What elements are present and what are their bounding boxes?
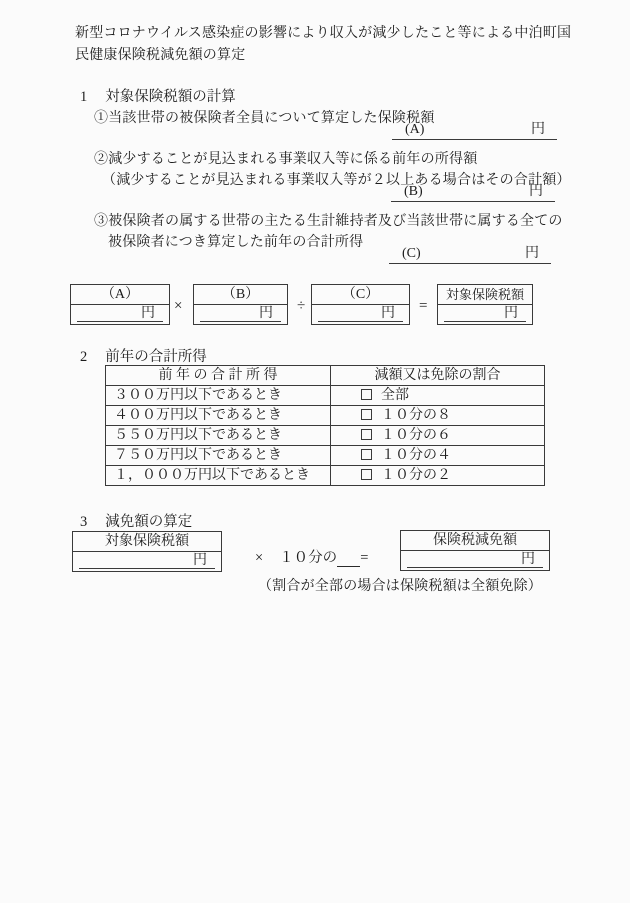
table-row: ５５０万円以下であるとき １０分の６ xyxy=(106,426,545,446)
section1-item3-line2: 被保険者につき算定した前年の合計所得 xyxy=(108,233,363,253)
checkbox-icon xyxy=(361,469,372,480)
divide-operator: ÷ xyxy=(297,298,305,314)
section1-item2: ②減少することが見込まれる事業収入等に係る前年の所得額 xyxy=(94,150,477,170)
equals-operator: = xyxy=(419,298,427,314)
table-header-row: 前 年 の 合 計 所 得 減額又は免除の割合 xyxy=(106,366,545,386)
section2-title: 前年の合計所得 xyxy=(105,348,207,366)
table-row: ７５０万円以下であるとき １０分の４ xyxy=(106,446,545,466)
section2-number: 2 xyxy=(80,348,87,366)
checkbox-icon xyxy=(361,429,372,440)
ratio-label: １０分の６ xyxy=(381,428,451,443)
formula-box-c-label: （C） xyxy=(312,285,409,305)
income-cell: ５５０万円以下であるとき xyxy=(106,426,331,446)
ratio-cell: １０分の４ xyxy=(331,446,545,466)
checkbox-icon xyxy=(361,389,372,400)
section3-title: 減免額の算定 xyxy=(105,513,192,531)
ratio-cell: １０分の８ xyxy=(331,406,545,426)
ratio-cell: １０分の２ xyxy=(331,466,545,486)
ratio-label: １０分の８ xyxy=(381,408,451,423)
income-cell: ４００万円以下であるとき xyxy=(106,406,331,426)
field-a-unit: 円 xyxy=(531,119,545,139)
section1-item1: ①当該世帯の被保険者全員について算定した保険税額 xyxy=(94,109,435,129)
formula-box-result: 対象保険税額 円 xyxy=(437,284,533,325)
field-c-line: (C) 円 xyxy=(389,243,551,264)
formula-box-result-value: 円 xyxy=(443,305,527,324)
equals-operator: = xyxy=(360,549,368,567)
field-c-label: (C) xyxy=(402,243,421,263)
formula-box-a-value: 円 xyxy=(76,305,164,324)
reduction-amount-box: 保険税減免額 円 xyxy=(400,530,550,571)
section1-title: 対象保険税額の計算 xyxy=(105,88,236,106)
checkbox-icon xyxy=(361,449,372,460)
income-cell: １，０００万円以下であるとき xyxy=(106,466,331,486)
section3-note: （割合が全部の場合は保険税額は全額免除） xyxy=(258,577,542,597)
multiply-operator: × xyxy=(255,549,263,567)
document-title-line2: 民健康保険税減免額の算定 xyxy=(75,46,245,66)
value-underline xyxy=(79,568,215,569)
reduction-expression: × １０分の = xyxy=(255,549,368,567)
formula-box-b-label: （B） xyxy=(194,285,287,305)
ratio-label: １０分の４ xyxy=(381,448,451,463)
formula-box-c: （C） 円 xyxy=(311,284,410,325)
ratio-label: 全部 xyxy=(381,388,409,403)
reduction-amount-box-label: 保険税減免額 xyxy=(401,531,549,551)
section1-number: 1 xyxy=(80,88,87,106)
field-a-label: (A) xyxy=(405,119,424,139)
target-tax-box-value: 円 xyxy=(78,552,216,571)
value-underline xyxy=(77,321,163,322)
header-ratio: 減額又は免除の割合 xyxy=(331,366,545,386)
formula-box-result-label: 対象保険税額 xyxy=(438,285,532,305)
field-b-unit: 円 xyxy=(529,181,543,201)
section1-heading: 1 対象保険税額の計算 xyxy=(80,88,236,106)
income-cell: ７５０万円以下であるとき xyxy=(106,446,331,466)
formula-box-b-value: 円 xyxy=(199,305,282,324)
formula-box-a-label: （A） xyxy=(71,285,169,305)
field-c-unit: 円 xyxy=(525,243,539,263)
fraction-blank xyxy=(337,551,360,567)
formula-box-c-value: 円 xyxy=(317,305,404,324)
reduction-amount-box-value: 円 xyxy=(406,551,544,570)
field-a-line: (A) 円 xyxy=(392,119,557,140)
formula-box-a: （A） 円 xyxy=(70,284,170,325)
ratio-cell: 全部 xyxy=(331,386,545,406)
table-row: １，０００万円以下であるとき １０分の２ xyxy=(106,466,545,486)
field-b-label: (B) xyxy=(404,181,423,201)
multiply-operator: × xyxy=(174,298,182,314)
target-tax-box-label: 対象保険税額 xyxy=(73,532,221,552)
checkbox-icon xyxy=(361,409,372,420)
income-table: 前 年 の 合 計 所 得 減額又は免除の割合 ３００万円以下であるとき 全部 … xyxy=(105,365,545,486)
field-b-line: (B) 円 xyxy=(391,181,555,202)
header-income: 前 年 の 合 計 所 得 xyxy=(106,366,331,386)
section3-heading: 3 減免額の算定 xyxy=(80,513,192,531)
document-page: 新型コロナウイルス感染症の影響により収入が減少したこと等による中泊町国 民健康保… xyxy=(0,0,630,903)
value-underline xyxy=(200,321,281,322)
table-row: ４００万円以下であるとき １０分の８ xyxy=(106,406,545,426)
formula-box-b: （B） 円 xyxy=(193,284,288,325)
section2-heading: 2 前年の合計所得 xyxy=(80,348,207,366)
ratio-label: １０分の２ xyxy=(381,468,451,483)
section3-number: 3 xyxy=(80,513,87,531)
section1-item3-line1: ③被保険者の属する世帯の主たる生計維持者及び当該世帯に属する全ての xyxy=(94,212,563,232)
income-cell: ３００万円以下であるとき xyxy=(106,386,331,406)
fraction-prefix: １０分の xyxy=(279,549,337,567)
target-tax-box: 対象保険税額 円 xyxy=(72,531,222,572)
ratio-cell: １０分の６ xyxy=(331,426,545,446)
table-row: ３００万円以下であるとき 全部 xyxy=(106,386,545,406)
value-underline xyxy=(407,567,543,568)
value-underline xyxy=(318,321,403,322)
value-underline xyxy=(444,321,526,322)
document-title-line1: 新型コロナウイルス感染症の影響により収入が減少したこと等による中泊町国 xyxy=(75,24,571,44)
